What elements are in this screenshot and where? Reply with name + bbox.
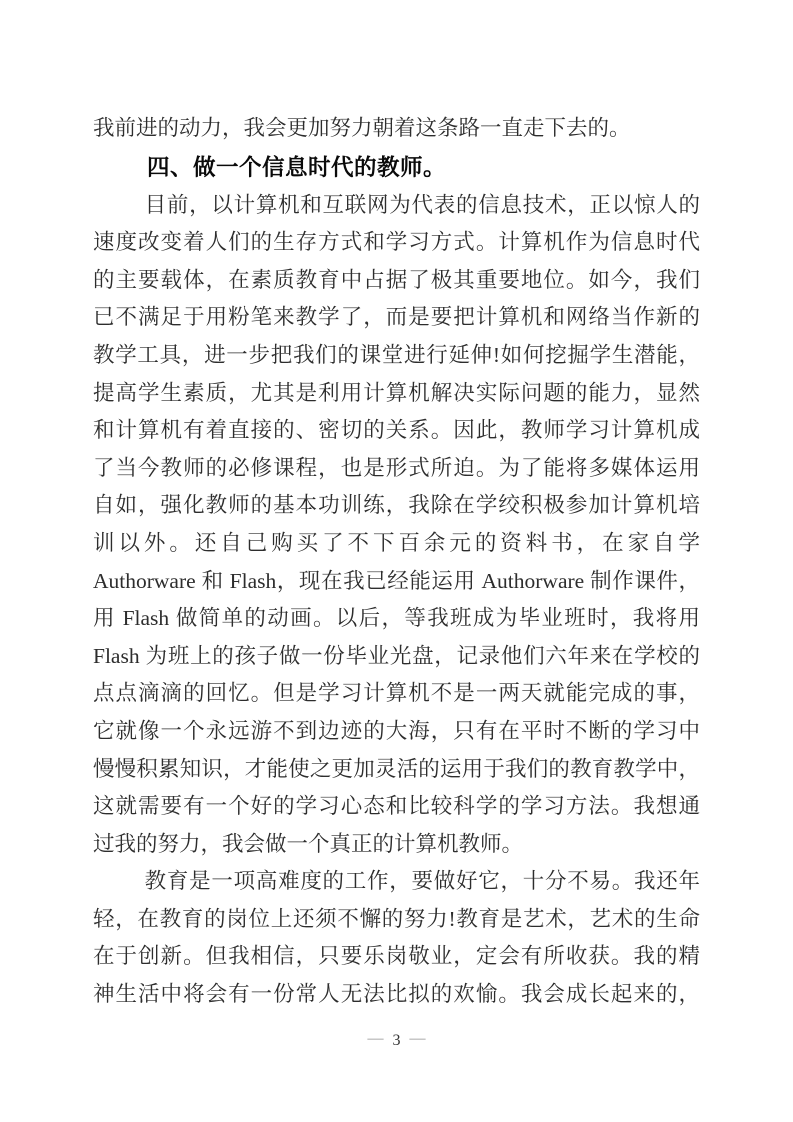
body-line: 教育是一项高难度的工作，要做好它，十分不易。我还年 xyxy=(93,863,700,901)
body-line: Authorware 和 Flash，现在我已经能运用 Authorware 制… xyxy=(93,563,700,601)
footer-dash-left: — xyxy=(368,1030,384,1047)
body-line: 目前，以计算机和互联网为代表的信息技术，正以惊人的 xyxy=(93,187,700,225)
body-line: 已不满足于用粉笔来教学了，而是要把计算机和网络当作新的 xyxy=(93,299,700,337)
footer-dash-right: — xyxy=(410,1030,426,1047)
page-footer: —3— xyxy=(0,1032,793,1050)
heading-line: 四、做一个信息时代的教师。 xyxy=(93,148,700,187)
body-line: 我前进的动力，我会更加努力朝着这条路一直走下去的。 xyxy=(93,110,700,148)
body-line: 速度改变着人们的生存方式和学习方式。计算机作为信息时代 xyxy=(93,224,700,262)
body-line: 的主要载体，在素质教育中占据了极其重要地位。如今，我们 xyxy=(93,262,700,300)
body-line: 自如，强化教师的基本功训练，我除在学绞积极参加计算机培 xyxy=(93,487,700,525)
body-line: 教学工具，进一步把我们的课堂进行延伸!如何挖掘学生潜能， xyxy=(93,337,700,375)
body-line: 过我的努力，我会做一个真正的计算机教师。 xyxy=(93,826,700,864)
body-line: 用 Flash 做简单的动画。以后，等我班成为毕业班时，我将用 xyxy=(93,600,700,638)
document-body: 我前进的动力，我会更加努力朝着这条路一直走下去的。四、做一个信息时代的教师。目前… xyxy=(93,110,700,1014)
body-line: 轻，在教育的岗位上还须不懈的努力!教育是艺术，艺术的生命 xyxy=(93,901,700,939)
body-line: 在于创新。但我相信，只要乐岗敬业，定会有所收获。我的精 xyxy=(93,938,700,976)
body-line: 它就像一个永远游不到边迹的大海，只有在平时不断的学习中 xyxy=(93,713,700,751)
body-line: 提高学生素质，尤其是利用计算机解决实际问题的能力，显然 xyxy=(93,375,700,413)
body-line: 慢慢积累知识，才能使之更加灵活的运用于我们的教育教学中， xyxy=(93,751,700,789)
body-line: 了当今教师的必修课程，也是形式所迫。为了能将多媒体运用 xyxy=(93,450,700,488)
body-line: 神生活中将会有一份常人无法比拟的欢愉。我会成长起来的， xyxy=(93,976,700,1014)
body-line: 和计算机有着直接的、密切的关系。因此，教师学习计算机成 xyxy=(93,412,700,450)
body-line: 这就需要有一个好的学习心态和比较科学的学习方法。我想通 xyxy=(93,788,700,826)
page-number: 3 xyxy=(393,1032,401,1049)
document-page: 我前进的动力，我会更加努力朝着这条路一直走下去的。四、做一个信息时代的教师。目前… xyxy=(0,0,793,1122)
body-line: Flash 为班上的孩子做一份毕业光盘，记录他们六年来在学校的 xyxy=(93,638,700,676)
body-line: 训以外。还自己购买了不下百余元的资料书，在家自学 xyxy=(93,525,700,563)
body-line: 点点滴滴的回忆。但是学习计算机不是一两天就能完成的事， xyxy=(93,675,700,713)
